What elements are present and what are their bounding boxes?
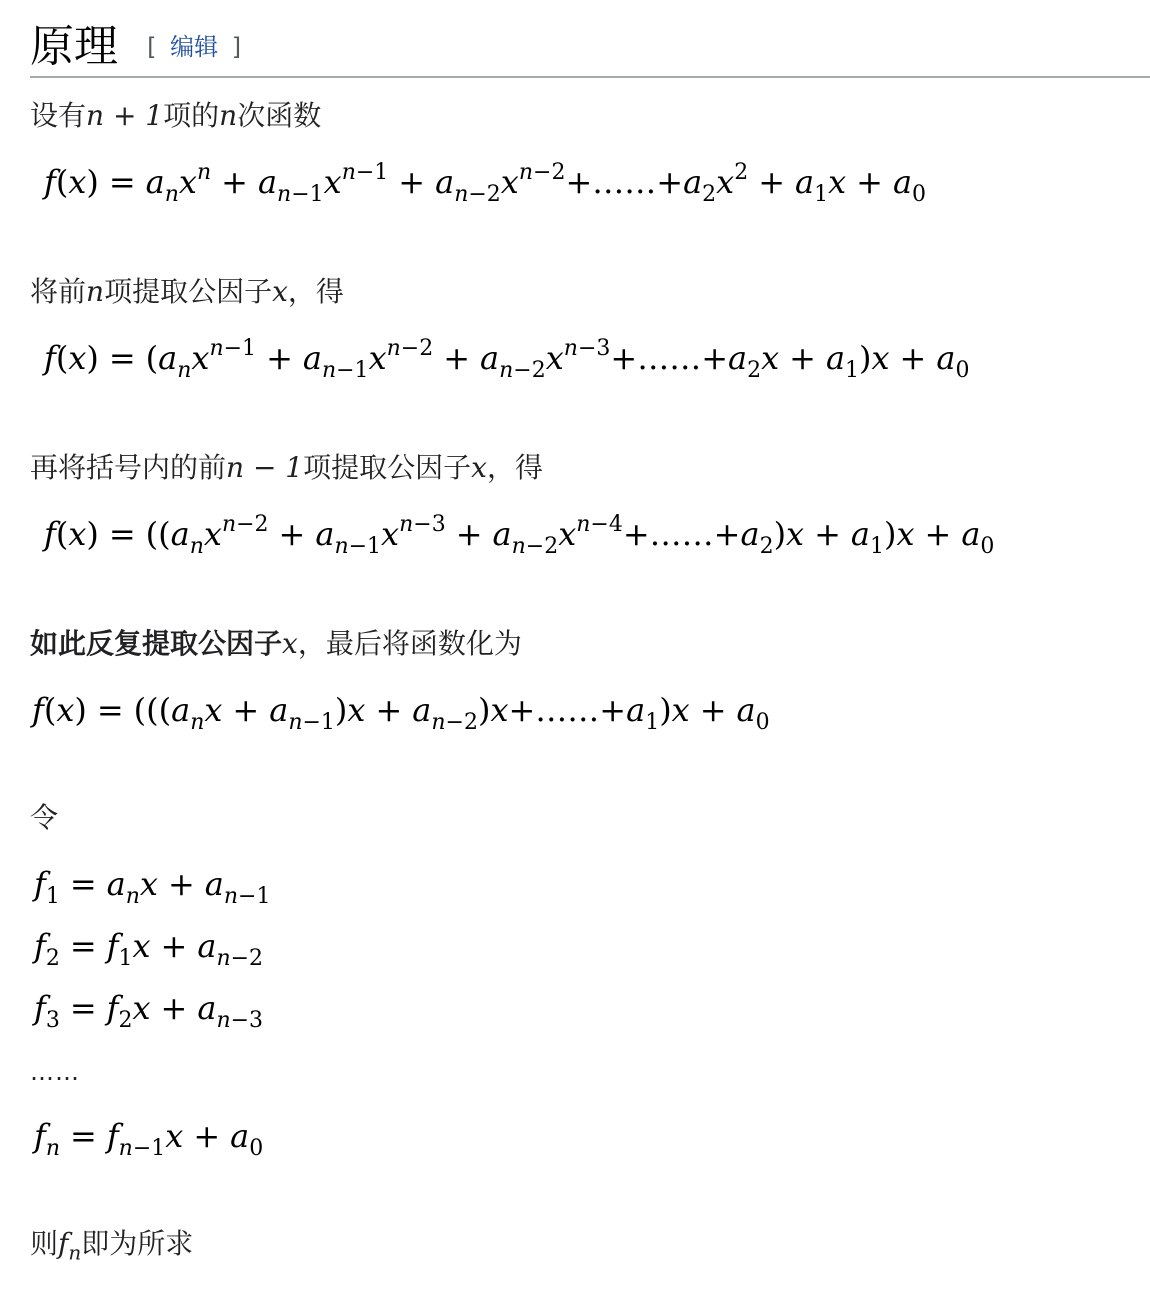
math-inline: fn [58,1227,81,1260]
formula-render: fn=fn−1x+a0 [34,1117,263,1155]
text: 将前 [30,275,86,308]
paragraph-let: 令 [30,798,58,838]
formula-f1: f1=anx+an−1 [34,862,270,906]
text: 项的 [163,99,219,132]
math-inline: n − 1 [226,451,303,484]
formula-render: f(x)=(((anx+an−1)x+an−2)x+……+a1)x+a0 [32,691,770,729]
bold-text: 如此反复提取公因子 [30,627,282,660]
formula-step1: f(x)=(anxn−1+an−1xn−2+an−2xn−3+……+a2x+a1… [44,336,969,380]
text: 次函数 [237,99,321,132]
paragraph-repeat: 如此反复提取公因子x，最后将函数化为 [30,624,522,664]
paragraph-step2: 再将括号内的前n − 1项提取公因子x，得 [30,448,543,488]
math-inline: x [471,451,487,484]
edit-section: [ 编辑 ] [147,18,241,76]
formula-fn: fn=fn−1x+a0 [34,1114,263,1158]
ellipsis: …… [30,1058,80,1086]
edit-link[interactable]: 编辑 [170,33,218,61]
text: 即为所求 [81,1227,193,1260]
text: ，得 [288,275,344,308]
text: 则 [30,1227,58,1260]
formula-nested: f(x)=(((anx+an−1)x+an−2)x+……+a1)x+a0 [32,688,770,732]
formula-render: f(x)=((anxn−2+an−1xn−3+an−2xn−4+……+a2)x+… [44,515,994,553]
math-inline: x [272,275,288,308]
math-inline: n [86,275,104,308]
text: 设有 [30,99,86,132]
math-inline: n [219,99,237,132]
edit-bracket-close: ] [232,33,241,61]
math-inline: x [282,627,298,660]
math-f: f [58,1227,68,1260]
paragraph-step1: 将前n项提取公因子x，得 [30,272,344,312]
formula-render: f(x)=(anxn−1+an−1xn−2+an−2xn−3+……+a2x+a1… [44,339,969,377]
text: 再将括号内的前 [30,451,226,484]
formula-polynomial: f(x)=anxn+an−1xn−1+an−2xn−2+……+a2x2+a1x+… [44,160,926,204]
formula-render: f3=f2x+an−3 [34,989,263,1027]
section-heading: 原理 [ 编辑 ] [30,18,1150,78]
formula-render: f2=f1x+an−2 [34,927,263,965]
math-inline: n + 1 [86,99,163,132]
text: 令 [30,801,58,834]
section-title: 原理 [30,21,118,72]
formula-f3: f3=f2x+an−3 [34,986,263,1030]
formula-f2: f2=f1x+an−2 [34,924,263,968]
paragraph-conclusion: 则fn即为所求 [30,1224,193,1273]
text: 项提取公因子 [104,275,272,308]
text: ，得 [487,451,543,484]
paragraph-intro: 设有n + 1项的n次函数 [30,96,321,136]
math-sub: n [68,1241,81,1265]
edit-bracket-open: [ [147,33,156,61]
formula-render: f1=anx+an−1 [34,865,270,903]
formula-render: f(x)=anxn+an−1xn−1+an−2xn−2+……+a2x2+a1x+… [44,163,926,201]
text: ，最后将函数化为 [298,627,522,660]
text: 项提取公因子 [303,451,471,484]
formula-step2: f(x)=((anxn−2+an−1xn−3+an−2xn−4+……+a2)x+… [44,512,994,556]
